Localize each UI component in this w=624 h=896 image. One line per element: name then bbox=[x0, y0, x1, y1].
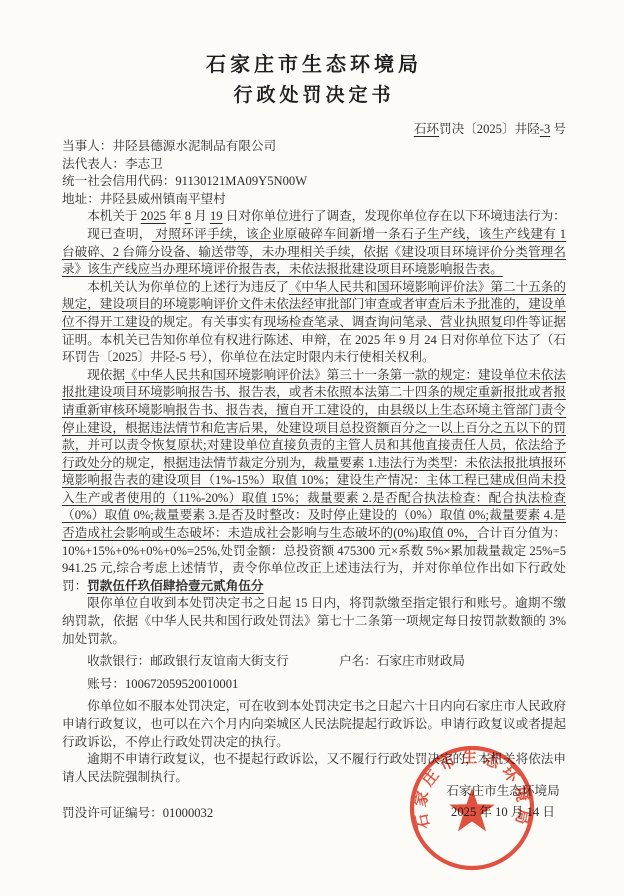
text-segment: -3 bbox=[540, 122, 551, 136]
text-segment: 2025 bbox=[141, 209, 166, 223]
text-segment: 石环 bbox=[414, 122, 439, 136]
document-body: 本机关于 2025 年 8 月 19 日对你单位进行了调查，发现你单位存在以下环… bbox=[62, 208, 566, 823]
text-segment: 日对你单位进行了调查，发现你单位存在以下环境违法行为： bbox=[223, 209, 566, 223]
text-segment: 的规定。有关事实有 bbox=[150, 315, 263, 329]
party-info: 当事人：井陉县德源水泥制品有限公司法代表人：李志卫统一社会信用代码：911301… bbox=[62, 138, 566, 208]
party-info-line: 统一社会信用代码：91130121MA09Y5N00W bbox=[62, 173, 566, 191]
page-title: 石家庄市生态环境局 bbox=[62, 50, 566, 81]
body-paragraph: 收款银行：邮政银行友谊南大街支行 户名：石家庄市财政局 bbox=[62, 653, 566, 671]
text-segment: 收款银行：邮政银行友谊南大街支行 户名：石家庄市财政局 bbox=[87, 654, 465, 668]
text-segment: 月 bbox=[191, 209, 210, 223]
text-segment: 你单位如不服本处罚决定，可在收到本处罚决定书之日起六十日内向石家庄市人民政府申请… bbox=[62, 699, 566, 748]
body-paragraph: 账号：100672059520010001 bbox=[62, 676, 566, 694]
official-seal-graphic: 石家庄市生态环境局 bbox=[408, 744, 536, 872]
star-icon bbox=[449, 788, 495, 831]
body-paragraph: 现依据《中华人民共和国环境影响评价法》第三十一条第一款的规定：建设单位未依法报批… bbox=[62, 367, 566, 596]
text-segment: 现依据 bbox=[87, 368, 125, 382]
party-info-line: 当事人：井陉县德源水泥制品有限公司 bbox=[62, 138, 566, 156]
body-paragraph: 本机关认为你单位的上述行为违反了《中华人民共和国环境影响评价法》第二十五条的规定… bbox=[62, 279, 566, 367]
text-segment: 本机关认为你单位的上述行为违反了 bbox=[87, 280, 289, 294]
text-segment: 年 bbox=[166, 209, 185, 223]
text-segment: 限你单位自收到本处罚决定书之日起 15 日内，将罚款缴至指定银行和账号。逾期不缴… bbox=[62, 596, 566, 645]
text-segment: 罚没许可证编号：01000032 bbox=[62, 806, 213, 820]
body-paragraph: 限你单位自收到本处罚决定书之日起 15 日内，将罚款缴至指定银行和账号。逾期不缴… bbox=[62, 595, 566, 648]
text-segment: 罚决〔2025〕井陉 bbox=[439, 122, 540, 136]
official-seal: 石家庄市生态环境局 bbox=[408, 744, 536, 872]
doc-subtitle: 行政处罚决定书 bbox=[62, 81, 566, 111]
doc-number: 石环罚决〔2025〕井陉-3 号 bbox=[62, 120, 566, 138]
text-segment: 19 bbox=[210, 209, 223, 223]
text-segment: 号 bbox=[550, 122, 566, 136]
text-segment: 现已查明， bbox=[87, 227, 152, 241]
document-page: 石家庄市生态环境局 行政处罚决定书 石环罚决〔2025〕井陉-3 号 当事人：井… bbox=[0, 0, 624, 896]
text-segment: 现场检查笔录、调查询问笔录、营业执照复印件 bbox=[264, 315, 529, 329]
text-segment: 的规定， bbox=[112, 456, 162, 470]
text-segment: 《中华人民共和国环境影响评价法》第三十一条第一款的规定：建设单位未依法报批建设项… bbox=[62, 368, 566, 470]
text-segment: 本机关于 bbox=[87, 209, 141, 223]
text-segment: 账号：100672059520010001 bbox=[87, 677, 238, 691]
body-paragraph: 现已查明， 对照环评手续，该企业原破碎车间新增一条石子生产线，该生产线建有 1 … bbox=[62, 226, 566, 279]
body-paragraph: 本机关于 2025 年 8 月 19 日对你单位进行了调查，发现你单位存在以下环… bbox=[62, 208, 566, 226]
text-segment: 罚款伍仟玖佰肆拾壹元贰角伍分 bbox=[87, 579, 263, 593]
party-info-line: 地址：井陉县威州镇南平望村 bbox=[62, 191, 566, 209]
party-info-line: 法代表人：李志卫 bbox=[62, 156, 566, 174]
